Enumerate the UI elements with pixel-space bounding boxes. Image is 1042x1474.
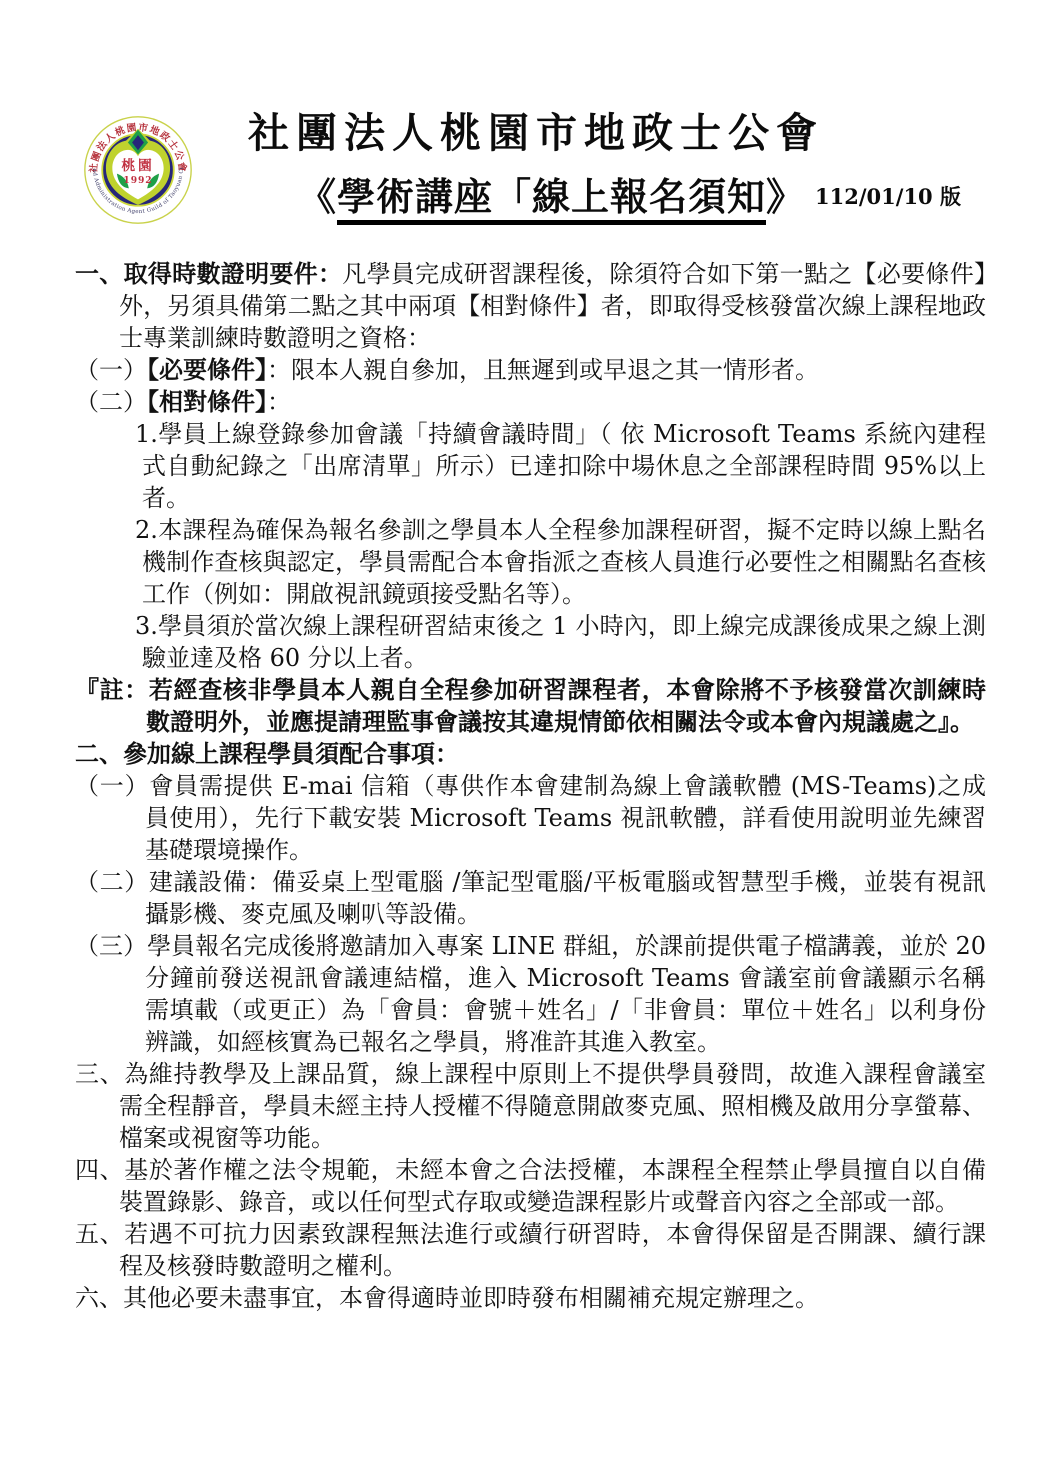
sub-item-3-paragraph: 3.學員須於當次線上課程研習結束後之 1 小時內，即上線完成課後成果之線上測驗並… [75,610,986,674]
section-5-text: 五、若遇不可抗力因素致課程無法進行或續行研習時，本會得保留是否開課、續行課程及核… [75,1220,986,1280]
seal-center-year: 1992 [123,175,152,186]
document-header: 社團法人桃園市地政士公會 Land Administration Agent G… [0,0,1042,258]
guild-seal-logo: 社團法人桃園市地政士公會 Land Administration Agent G… [83,108,193,232]
item-1-1-number: （一） [75,356,147,384]
version-label: 112/01/10 版 [815,184,961,209]
section-6-paragraph: 六、其他必要未盡事宜，本會得適時並即時發布相關補充規定辦理之。 [75,1282,986,1314]
item-2-3-paragraph: （三）學員報名完成後將邀請加入專案 LINE 群組，於課前提供電子檔講義，並於 … [75,930,986,1058]
sub-item-2-text: 2.本課程為確保為報名參訓之學員本人全程參加課程研習，擬不定時以線上點名機制作查… [135,516,986,608]
item-1-2-text: ： [267,388,291,416]
note-text: 『註：若經查核非學員本人親自全程參加研習課程者，本會除將不予核發當次訓練時數證明… [75,675,986,736]
section-4-text: 四、基於著作權之法令規範，未經本會之合法授權，本課程全程禁止學員擅自以自備裝置錄… [75,1156,986,1216]
section-4-paragraph: 四、基於著作權之法令規範，未經本會之合法授權，本課程全程禁止學員擅自以自備裝置錄… [75,1154,986,1218]
sub-item-1-paragraph: 1.學員上線登錄參加會議「持續會議時間」（ 依 Microsoft Teams … [75,418,986,514]
item-1-2-number: （二） [75,388,147,416]
item-1-1-text: ：限本人親自參加，且無遲到或早退之其一情形者。 [267,356,819,384]
section-3-text: 三、為維持教學及上課品質，線上課程中原則上不提供學員發問，故進入課程會議室需全程… [75,1060,986,1152]
section-1-heading-paragraph: 一、取得時數證明要件：凡學員完成研習課程後，除須符合如下第一點之【必要條件】外，… [75,258,986,354]
section-1-heading: 一、取得時數證明要件： [75,259,342,288]
section-5-paragraph: 五、若遇不可抗力因素致課程無法進行或續行研習時，本會得保留是否開課、續行課程及核… [75,1218,986,1282]
item-1-1-label: 【必要條件】 [147,355,267,384]
note-paragraph: 『註：若經查核非學員本人親自全程參加研習課程者，本會除將不予核發當次訓練時數證明… [75,674,986,738]
subtitle-close-bracket: 》 [766,174,805,219]
document-body: 一、取得時數證明要件：凡學員完成研習課程後，除須符合如下第一點之【必要條件】外，… [75,258,986,1314]
document-page: 社團法人桃園市地政士公會 Land Administration Agent G… [0,0,1042,1474]
subtitle-underlined-text: 學術講座「線上報名須知 [337,174,766,225]
section-3-paragraph: 三、為維持教學及上課品質，線上課程中原則上不提供學員發問，故進入課程會議室需全程… [75,1058,986,1154]
item-1-1-paragraph: （一）【必要條件】：限本人親自參加，且無遲到或早退之其一情形者。 [75,354,986,386]
item-2-1-text: （一）會員需提供 E-mai 信箱（專供作本會建制為線上會議軟體 (MS-Tea… [75,772,986,864]
item-1-2-paragraph: （二）【相對條件】： [75,386,986,418]
item-2-2-paragraph: （二）建議設備：備妥桌上型電腦 /筆記型電腦/平板電腦或智慧型手機，並裝有視訊攝… [75,866,986,930]
document-subtitle-row: 《學術講座「線上報名須知》112/01/10 版 [298,166,961,221]
subtitle-open-bracket: 《 [298,174,337,219]
sub-item-1-text: 1.學員上線登錄參加會議「持續會議時間」（ 依 Microsoft Teams … [135,420,986,512]
sub-item-3-text: 3.學員須於當次線上課程研習結束後之 1 小時內，即上線完成課後成果之線上測驗並… [135,612,986,672]
document-subtitle: 《學術講座「線上報名須知》 [298,174,805,225]
item-2-2-text: （二）建議設備：備妥桌上型電腦 /筆記型電腦/平板電腦或智慧型手機，並裝有視訊攝… [75,868,986,928]
section-6-text: 六、其他必要未盡事宜，本會得適時並即時發布相關補充規定辦理之。 [75,1284,819,1312]
section-2-heading: 二、參加線上課程學員須配合事項： [75,739,459,768]
sub-item-2-paragraph: 2.本課程為確保為報名參訓之學員本人全程參加課程研習，擬不定時以線上點名機制作查… [75,514,986,610]
item-2-1-paragraph: （一）會員需提供 E-mai 信箱（專供作本會建制為線上會議軟體 (MS-Tea… [75,770,986,866]
section-2-heading-paragraph: 二、參加線上課程學員須配合事項： [75,738,986,770]
seal-center-name: 桃園 [121,157,154,174]
org-title: 社團法人桃園市地政士公會 [248,100,824,159]
item-1-2-label: 【相對條件】 [147,387,267,416]
item-2-3-text: （三）學員報名完成後將邀請加入專案 LINE 群組，於課前提供電子檔講義，並於 … [75,932,986,1056]
